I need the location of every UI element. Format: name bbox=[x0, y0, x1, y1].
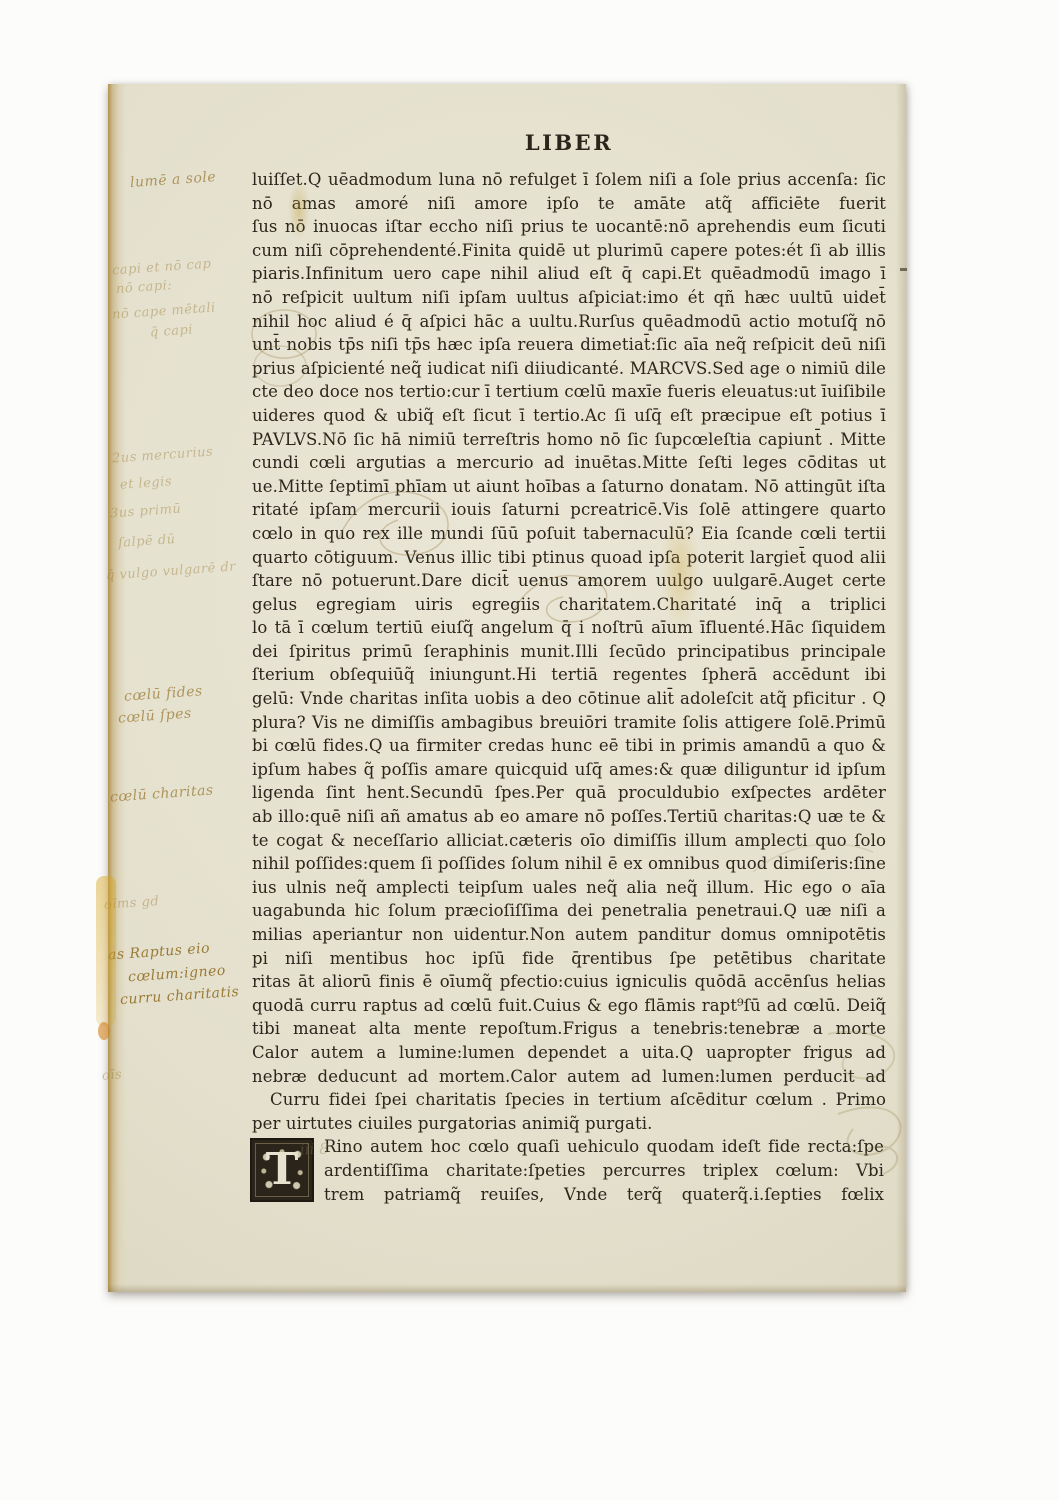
text-line: ritaté ipſam mercurii iouis ſaturni pcre… bbox=[252, 498, 886, 522]
margin-note: capi et nō cap bbox=[112, 257, 212, 279]
text-line: ab illo:quē niſi añ amatus ab eo amare n… bbox=[252, 805, 886, 829]
text-line: nihil poſſides:quem ſi poſſides ſolum ni… bbox=[252, 852, 886, 876]
text-line: Rino autem hoc cœlo quaſi uehiculo quoda… bbox=[324, 1135, 884, 1159]
page-edge-bottom bbox=[108, 1284, 906, 1292]
text-line: cundi cœli argutias a mercurio ad inuēta… bbox=[252, 451, 886, 475]
text-line: dei ſpiritus primū ſeraphinis munit.Illi… bbox=[252, 640, 886, 664]
text-line: ue.Mitte ſeptimī phīam ut aiunt hoības a… bbox=[252, 475, 886, 499]
text-line: luiſſet.Q uēadmodum luna nō refulget ī ſ… bbox=[252, 168, 886, 192]
text-line: gelū: Vnde charitas inſita uobis a deo c… bbox=[252, 687, 886, 711]
initial-letter: T bbox=[266, 1148, 299, 1192]
text-line: ritas āt aliorū finis ē oīumq̃ pfectio:c… bbox=[252, 970, 886, 994]
text-line: milias aperiantur non uidentur.Non autem… bbox=[252, 923, 886, 947]
text-line: trem patriamq̃ reuiſes, Vnde terq̃ quate… bbox=[324, 1183, 884, 1207]
parchment-page: LIBER luiſſet.Q uēadmodum luna nō refulg… bbox=[108, 84, 906, 1292]
text-line: cum niſi cōprehendenté.Finita quidē ut p… bbox=[252, 239, 886, 263]
text-line: te cogat & neceſſario alliciat.cæteris o… bbox=[252, 829, 886, 853]
text-line: per uirtutes ciuiles purgatorias animiq̃… bbox=[252, 1112, 886, 1136]
margin-note: et legis bbox=[120, 474, 173, 493]
text-line: tibi maneat alta mente repoſtum.Frigus a… bbox=[252, 1017, 886, 1041]
margin-note: cœlū fides bbox=[124, 683, 204, 704]
margin-note: nō cape mētali bbox=[112, 300, 217, 322]
text-line: uagabunda hic ſolum præcioſiſſima dei pe… bbox=[252, 899, 886, 923]
margin-note: oīs bbox=[102, 1067, 123, 1083]
text-line: gelus egregiam uiris egregiis charitatem… bbox=[252, 593, 886, 617]
text-line: nō amas amoré niſi amore ipſo te amāte a… bbox=[252, 192, 886, 216]
text-line: ſterium obſequiūq̃ iniungunt.Hi tertiā r… bbox=[252, 663, 886, 687]
margin-note: cœlum:igneo bbox=[128, 963, 227, 986]
text-line: uideres quod & ubiq̃ eſt ſicut ī tertio.… bbox=[252, 404, 886, 428]
text-line: PAVLVS.Nō ſic hā nimiū terreſtris homo n… bbox=[252, 428, 886, 452]
text-line: ſus nō inuocas iſtar eccho niſi prius te… bbox=[252, 215, 886, 239]
text-line: Curru fidei ſpei charitatis ſpecies in t… bbox=[252, 1088, 886, 1112]
initial-paragraph-lines: Rino autem hoc cœlo quaſi uehiculo quoda… bbox=[324, 1135, 884, 1206]
scanned-book-photo: LIBER luiſſet.Q uēadmodum luna nō refulg… bbox=[0, 0, 1059, 1500]
text-line: quodā curru raptus ad cœlū fuit.Cuius & … bbox=[252, 994, 886, 1018]
margin-note: lumē a sole bbox=[130, 169, 217, 191]
margin-note: oīms gd bbox=[104, 894, 160, 913]
text-line: quarto cōtiguum. Venus illic tibi ptinus… bbox=[252, 546, 886, 570]
text-line: ius ulnis neq̃ amplecti teipſum uales ne… bbox=[252, 876, 886, 900]
text-line: ſtare nō potuerunt.Dare dicit̄ uenus amo… bbox=[252, 569, 886, 593]
text-line: Calor autem a lumine:lumen dependet a ui… bbox=[252, 1041, 886, 1065]
margin-note: nō capi: bbox=[116, 278, 173, 297]
margin-note: 2us mercurius bbox=[112, 444, 214, 466]
text-line: cte deo doce nos tertio:cur ī tertium cœ… bbox=[252, 380, 886, 404]
text-line: bi cœlū fides.Q ua firmiter credas hunc … bbox=[252, 734, 886, 758]
text-line: prius aſpicienté neq̃ iudicat niſi diiud… bbox=[252, 357, 886, 381]
margin-note: q̄ capi bbox=[150, 323, 194, 341]
show-through-mark: iii 8 bbox=[300, 1140, 329, 1159]
margin-note: cœlū ſpes bbox=[118, 705, 193, 726]
margin-note: ſalpē dū bbox=[118, 532, 176, 551]
text-line: ardentiſſima charitate:ſpeties percurres… bbox=[324, 1159, 884, 1183]
text-line: nihil hoc aliud é q̄ aſpici hāc a uultu.… bbox=[252, 310, 886, 334]
ink-dash-mark bbox=[900, 268, 907, 271]
initial-paragraph: T Rino autem hoc cœlo quaſi uehiculo quo… bbox=[252, 1135, 886, 1206]
text-line: lo tā ī cœlum tertiū eiuſq̃ angelum q̄ i… bbox=[252, 616, 886, 640]
text-line: unt̄ nobis tp̄s niſi tp̄s hæc ipſa reuer… bbox=[252, 333, 886, 357]
text-line: plura? Vis ne dimiſſis ambagibus breuiōr… bbox=[252, 711, 886, 735]
page-edge-right bbox=[896, 84, 906, 1292]
main-text-block: luiſſet.Q uēadmodum luna nō refulget ī ſ… bbox=[252, 168, 886, 1206]
text-line: nebræ deducunt ad mortem.Calor autem ad … bbox=[252, 1065, 886, 1089]
running-title: LIBER bbox=[252, 130, 886, 155]
text-line: ipſum habes q̃ poſſis amare quicquid uſq… bbox=[252, 758, 886, 782]
text-line: nō reſpicit uultum niſi ipſam uultus aſp… bbox=[252, 286, 886, 310]
margin-note: curru charitatis bbox=[120, 984, 240, 1008]
text-line: ligenda ſint hent.Secundū ſpes.Per quā p… bbox=[252, 781, 886, 805]
text-line: cœlo in quo rex ille mundi ſūū poſuit ta… bbox=[252, 522, 886, 546]
text-line: piaris.Infinitum uero cape nihil aliud e… bbox=[252, 262, 886, 286]
text-line: pi niſi mentibus hoc ipſū fide q̄rentibu… bbox=[252, 947, 886, 971]
